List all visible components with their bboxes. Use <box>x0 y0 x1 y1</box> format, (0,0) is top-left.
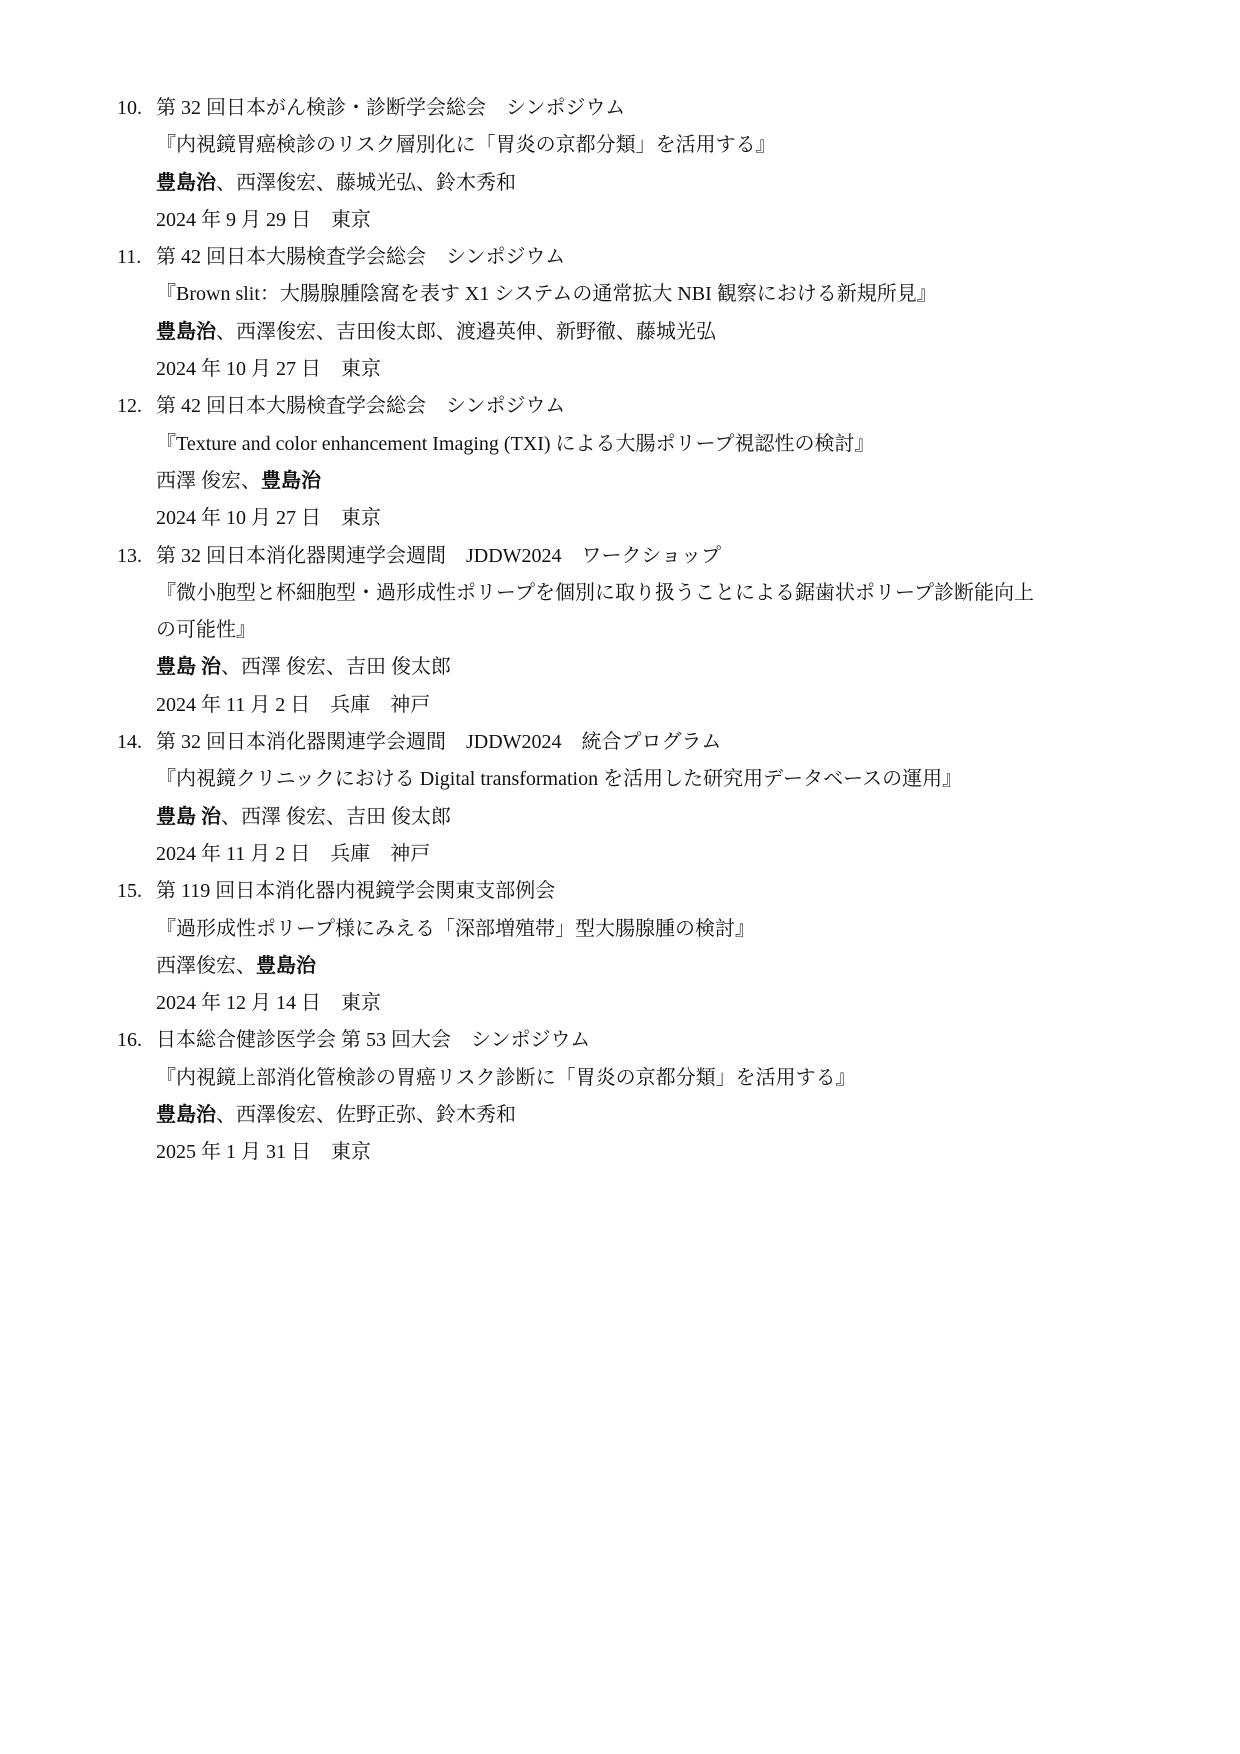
date-place: 2024 年 11 月 2 日 兵庫 神戸 <box>117 687 1127 724</box>
date-place: 2024 年 12 月 14 日 東京 <box>117 985 1127 1022</box>
item-number: 13. <box>117 538 156 575</box>
author-highlighted: 豊島治 <box>156 321 216 343</box>
date-place: 2025 年 1 月 31 日 東京 <box>117 1134 1127 1171</box>
item-number: 14. <box>117 724 156 761</box>
author-highlighted: 豊島 治 <box>156 806 221 828</box>
list-item: 10.第 32 回日本がん検診・診断学会総会 シンポジウム 『内視鏡胃癌検診のリ… <box>117 90 1127 239</box>
authors: 豊島治、西澤俊宏、佐野正弥、鈴木秀和 <box>117 1097 1127 1134</box>
author-highlighted: 豊島 治 <box>156 656 221 678</box>
author-highlighted: 豊島治 <box>261 470 321 492</box>
list-item: 14.第 32 回日本消化器関連学会週間 JDDW2024 統合プログラム 『内… <box>117 724 1127 873</box>
authors: 豊島 治、西澤 俊宏、吉田 俊太郎 <box>117 799 1127 836</box>
item-number: 16. <box>117 1022 156 1059</box>
list-item: 15.第 119 回日本消化器内視鏡学会関東支部例会 『過形成性ポリープ様にみえ… <box>117 873 1127 1022</box>
author-highlighted: 豊島治 <box>156 1104 216 1126</box>
author-others: 、西澤 俊宏、吉田 俊太郎 <box>221 656 451 678</box>
authors: 西澤俊宏、豊島治 <box>117 948 1127 985</box>
author-others: 西澤 俊宏、 <box>156 470 261 492</box>
event-name: 第 42 回日本大腸検査学会総会 シンポジウム <box>156 239 565 276</box>
event-name: 第 32 回日本消化器関連学会週間 JDDW2024 統合プログラム <box>156 724 721 761</box>
authors: 豊島 治、西澤 俊宏、吉田 俊太郎 <box>117 649 1127 686</box>
author-others: 、西澤俊宏、佐野正弥、鈴木秀和 <box>216 1104 516 1126</box>
list-item: 13.第 32 回日本消化器関連学会週間 JDDW2024 ワークショップ 『微… <box>117 538 1127 724</box>
item-number: 11. <box>117 239 156 276</box>
presentation-title: 『内視鏡上部消化管検診の胃癌リスク診断に「胃炎の京都分類」を活用する』 <box>117 1060 1127 1097</box>
list-item: 16.日本総合健診医学会 第 53 回大会 シンポジウム 『内視鏡上部消化管検診… <box>117 1022 1127 1171</box>
event-name: 第 32 回日本がん検診・診断学会総会 シンポジウム <box>156 90 625 127</box>
date-place: 2024 年 10 月 27 日 東京 <box>117 351 1127 388</box>
item-number: 10. <box>117 90 156 127</box>
authors: 豊島治、西澤俊宏、藤城光弘、鈴木秀和 <box>117 165 1127 202</box>
date-place: 2024 年 11 月 2 日 兵庫 神戸 <box>117 836 1127 873</box>
event-name: 日本総合健診医学会 第 53 回大会 シンポジウム <box>156 1022 590 1059</box>
presentation-title-line-1: 『微小胞型と杯細胞型・過形成性ポリープを個別に取り扱うことによる鋸歯状ポリープ診… <box>117 575 1127 612</box>
publication-list: 10.第 32 回日本がん検診・診断学会総会 シンポジウム 『内視鏡胃癌検診のリ… <box>117 90 1127 1172</box>
event-name: 第 32 回日本消化器関連学会週間 JDDW2024 ワークショップ <box>156 538 721 575</box>
presentation-title-line-2: の可能性』 <box>117 612 1127 649</box>
item-number: 12. <box>117 388 156 425</box>
date-place: 2024 年 9 月 29 日 東京 <box>117 202 1127 239</box>
author-others: 、西澤俊宏、吉田俊太郎、渡邉英伸、新野徹、藤城光弘 <box>216 321 716 343</box>
presentation-title: 『Texture and color enhancement Imaging (… <box>117 426 1127 463</box>
item-number: 15. <box>117 873 156 910</box>
author-others: 、西澤 俊宏、吉田 俊太郎 <box>221 806 451 828</box>
event-name: 第 119 回日本消化器内視鏡学会関東支部例会 <box>156 873 555 910</box>
event-name: 第 42 回日本大腸検査学会総会 シンポジウム <box>156 388 565 425</box>
list-item: 12.第 42 回日本大腸検査学会総会 シンポジウム 『Texture and … <box>117 388 1127 537</box>
author-highlighted: 豊島治 <box>156 172 216 194</box>
date-place: 2024 年 10 月 27 日 東京 <box>117 500 1127 537</box>
author-others: 西澤俊宏、 <box>156 955 256 977</box>
author-others: 、西澤俊宏、藤城光弘、鈴木秀和 <box>216 172 516 194</box>
authors: 豊島治、西澤俊宏、吉田俊太郎、渡邉英伸、新野徹、藤城光弘 <box>117 314 1127 351</box>
presentation-title: 『過形成性ポリープ様にみえる「深部増殖帯」型大腸腺腫の検討』 <box>117 911 1127 948</box>
presentation-title: 『Brown slit：大腸腺腫陰窩を表す X1 システムの通常拡大 NBI 観… <box>117 276 1127 313</box>
list-item: 11.第 42 回日本大腸検査学会総会 シンポジウム 『Brown slit：大… <box>117 239 1127 388</box>
presentation-title: 『内視鏡胃癌検診のリスク層別化に「胃炎の京都分類」を活用する』 <box>117 127 1127 164</box>
author-highlighted: 豊島治 <box>256 955 316 977</box>
presentation-title: 『内視鏡クリニックにおける Digital transformation を活用… <box>117 761 1127 798</box>
authors: 西澤 俊宏、豊島治 <box>117 463 1127 500</box>
